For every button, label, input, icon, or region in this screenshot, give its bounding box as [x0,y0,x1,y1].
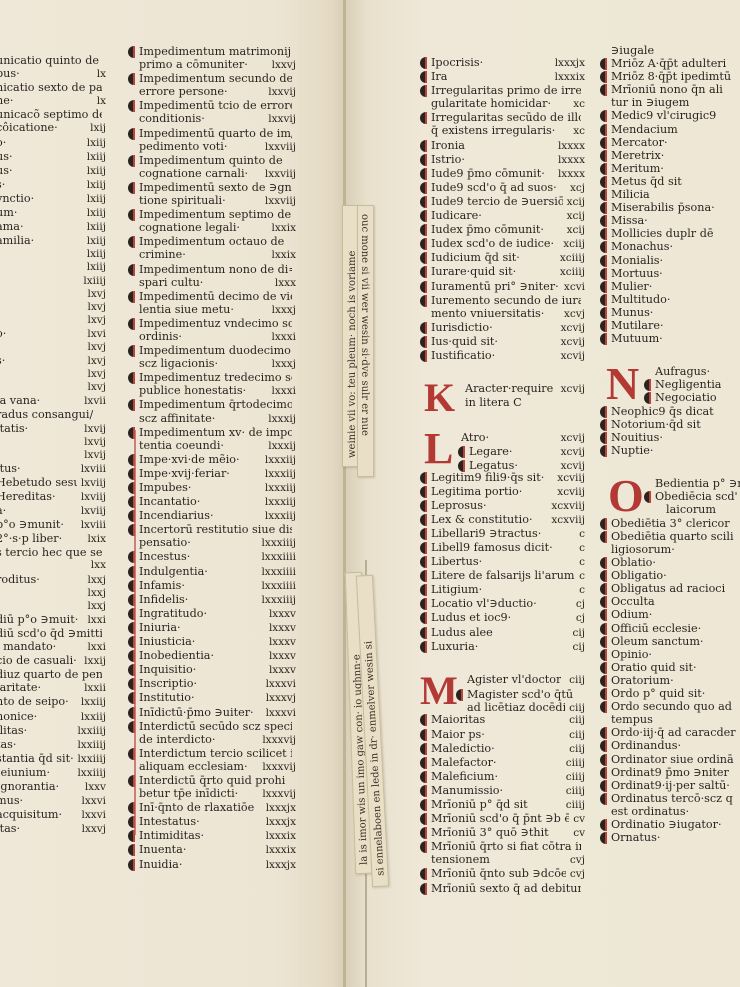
pilcrow-icon [420,757,429,769]
index-entry: Inī·q̄nto de rlaxatiōelxxxjx [128,801,296,815]
folio-number: lxxiij [77,696,106,709]
entry-term: publice honestatis· [139,384,246,397]
entry-term: Impubes· [139,481,191,494]
entry-term: nonice· [0,710,37,723]
entry-term: Incantatio· [139,495,200,508]
entry-term: Ordinatus tercō·scz q [611,792,733,805]
index-entry: cio de casuali·lxxij [0,654,106,668]
entry-term: Notorium·q̄d sit [611,418,701,431]
index-entry: lxiij [0,261,106,274]
index-entry: Iude9 p̄mo cōmunit·lxxxx [420,167,585,181]
entry-term: Missa· [611,214,648,227]
pilcrow-icon [128,622,137,634]
folio-number: ciiij [562,757,585,770]
section-n: NAufragus·NegligentiaNegociatio [600,365,740,405]
entry-term: Impedimentum matrimonij [139,45,291,58]
index-entry: Maleficium·ciiij [420,770,585,784]
index-entry: Nuptie· [600,444,740,457]
pilcrow-icon [420,224,429,236]
pilcrow-icon [128,748,137,760]
folio-number: lxvj [84,288,106,301]
entry-term: Iudex p̄mo cōmunit· [431,223,544,236]
index-entry: Mriōz A·q̄p̄t adulteri [600,57,740,70]
entry-term: Intestatus· [139,815,200,828]
pilcrow-icon [644,392,653,404]
index-entry: lxvj [0,341,106,354]
pilcrow-icon [128,664,137,676]
folio-number: lxxxiij [261,482,296,495]
entry-term: Interdictū secūdo scz specialit [139,720,292,733]
index-entry: Maior ps·ciij [420,728,585,742]
pilcrow-icon [128,73,137,85]
index-entry: Mrīoniū q̄rto si fiat cōtra in [420,840,585,853]
pilcrow-icon [420,112,429,124]
pilcrow-icon [600,241,609,253]
index-entry: Irregularitas primo de irre= [420,84,585,97]
pilcrow-icon [420,336,429,348]
folio-number: cv [569,827,585,840]
index-entry: Inscriptio·lxxxvi [128,677,296,691]
pilcrow-icon [600,649,609,661]
pilcrow-icon [600,268,609,280]
index-entry: publice honestatis·lxxxi [128,384,296,398]
entry-term: Negligentia [655,378,721,391]
index-entry: vnctio·lxiij [0,192,106,206]
entry-term: Incestus· [139,550,190,563]
folio-number: lxvj [84,314,106,327]
index-entry: primo a cōmuniter·lxxvj [128,58,296,72]
pilcrow-icon [420,196,429,208]
index-entry: o·lxvi [0,327,106,341]
entry-term: Iudex scd'o de iudice· [431,237,554,250]
folio-number: lxxviij [261,168,296,181]
entry-term: mus· [0,794,23,807]
folio-number: lxvj [84,341,106,354]
index-entry: lxvj [0,301,106,314]
index-entry: ilitas·lxxiiij [0,724,106,738]
pilcrow-icon [420,238,429,250]
entry-term: Interdictum tercio scilicet in [139,747,292,760]
index-entry: Leprosus·xcxviij [420,499,585,513]
folio-number: lxxxiiii [257,580,296,593]
index-entry: Incestus·lxxxiiii [128,550,296,564]
entry-term: Mulier· [611,280,652,293]
entry-term: Ornatus· [611,831,660,844]
pilcrow-icon [420,570,429,582]
entry-term: mento vniuersitatis· [431,307,544,320]
entry-term: Occulta [611,595,655,608]
folio-number: lxxj [84,587,106,600]
entry-term: Officiū ecclesie· [611,622,701,635]
right-column-c: Ipocrisis·lxxxjxIralxxxixIrregularitas p… [420,56,585,895]
index-entry: gularitate homicidar·xc [420,97,585,111]
index-entry: amilia·lxiij [0,234,106,248]
entry-term: Impedimentum septimo de [139,208,291,221]
pilcrow-icon [128,830,137,842]
entry-term: Ordo secundo quo ad [611,700,732,713]
index-entry: Ordo p° quid sit· [600,687,740,700]
pilcrow-icon [420,252,429,264]
index-entry: laritate·lxxii [0,681,106,695]
index-entry: roditus·lxxj [0,573,106,587]
index-entry: Iudex scd'o de iudice·xciij [420,237,585,251]
entry-term: Maledictio· [431,742,495,755]
pilcrow-icon [420,266,429,278]
section-k: KAracter·requirexcvijin litera C [420,380,585,420]
folio-number: ciiij [562,799,585,812]
entry-term: tione spirituali· [139,194,226,207]
entry-term: Impedimentum xv· de impo/ [139,426,292,439]
index-entry: côicatione·lxij [0,121,106,135]
entry-term: l mandato· [0,640,56,653]
index-entry: Legitima portio·xcviij [420,485,585,499]
index-entry: Mrīoniū q̄nto sub ∋dcōecvj [420,867,585,881]
folio-number: c [575,528,585,541]
folio-number: lxxxiiij [258,537,296,550]
pilcrow-icon [128,510,137,522]
folio-number: lxxxij [264,413,296,426]
folio-number: c [575,542,585,555]
pilcrow-icon [600,727,609,739]
pilcrow-icon [128,482,137,494]
index-entry: diū p°o ∋muit·lxxi [0,613,106,627]
index-entry: Metus q̄d sit [600,175,740,188]
index-entry: Mercator· [600,136,740,149]
index-entry: Impedimentuz tredecimo scz [128,371,296,384]
entry-term: est ordinatus· [611,805,689,818]
index-entry: Libertus·c [420,555,585,569]
folio-number: xcvij [557,432,585,445]
index-entry: Iudicium q̄d sit·xciiij [420,251,585,265]
pilcrow-icon [128,692,137,704]
index-entry: Oblatio· [600,556,740,569]
folio-number: lxiij [83,193,106,206]
pilcrow-icon [600,124,609,136]
pilcrow-icon [128,182,137,194]
index-entry: nicatio sexto de par [0,81,106,94]
folio-number: xcvi [560,281,585,294]
folio-number: lxxviij [261,141,296,154]
entry-term: Iniuria· [139,621,181,634]
index-entry: aliquam ecclesiam·lxxxvij [128,760,296,774]
folio-number: lxiij [83,165,106,178]
pilcrow-icon [420,472,429,484]
entry-term: Bedientia p° ∋m̄ [655,477,740,490]
pilcrow-icon [128,128,137,140]
index-entry: Negociatio [644,391,740,404]
entry-term: nto de seipo· [0,695,69,708]
index-entry: spari cultu·lxxx [128,276,296,290]
pilcrow-icon [600,570,609,582]
index-entry: mus·lxxvi [0,794,106,808]
index-entry: Impedimentū sexto de ∋gna/ [128,181,296,194]
folio-number: xcj [566,182,585,195]
entry-term: Litere de falsarijs li'arum· [431,569,575,582]
index-entry: Munus· [600,306,740,319]
entry-term: Oblatio· [611,556,656,569]
index-entry: mento vniuersitatis·xcvj [420,307,585,321]
entry-term: Ironia [431,139,465,152]
left-column-a: unicatio quinto debus·lxnicatio sexto de… [0,54,106,836]
pilcrow-icon [128,816,137,828]
entry-term: Odium· [611,608,652,621]
index-entry: lxiiij [0,275,106,288]
pilcrow-icon [420,743,429,755]
entry-term: us· [0,164,13,177]
entry-term: Inuidia· [139,858,182,871]
folio-number: lxxxiiii [257,566,296,579]
index-entry: Irregularitas secūdo de illo [420,111,585,124]
index-entry: Inobedientia·lxxxv [128,649,296,663]
folio-number: lxvj [84,368,106,381]
entry-term: ama· [0,220,24,233]
index-entry: Lex & constitutio·xcxviij [420,513,585,527]
index-entry: Obediētia quarto scili [600,530,740,543]
entry-term: ilitas· [0,724,27,737]
folio-number: lxxvj [268,59,296,72]
index-entry: Iuramentū pri° ∋niter·xcvi [420,280,585,294]
pilcrow-icon [420,514,429,526]
entry-term: Luxuria· [431,640,478,653]
folio-number: cj [572,598,585,611]
folio-number: xcvij [557,350,585,363]
entry-term: Obligatus ad racioci [611,582,725,595]
folio-number: lxxxx [554,140,585,153]
entry-term: laritate· [0,681,41,694]
index-entry: lxxj [0,587,106,600]
folio-number: xcviij [553,486,585,499]
entry-term: Impedimentū quarto de im/ [139,127,292,140]
pilcrow-icon [458,446,467,458]
index-entry: a·lxviij [0,504,106,518]
entry-term: Inuenta· [139,843,186,856]
pilcrow-icon [128,372,137,384]
entry-term: Mutilare· [611,319,664,332]
entry-term: tentia coeundi· [139,439,224,452]
index-entry: Aracter·requirexcvij [454,382,585,396]
entry-term: s tercio hec que se/ [0,546,102,559]
pilcrow-icon [128,291,137,303]
pilcrow-icon [600,281,609,293]
index-entry: Agister vl'doctorciij [456,673,585,687]
pilcrow-icon [420,154,429,166]
index-entry: Ludus et ioc9·cj [420,611,585,625]
folio-number: lxxxi [268,331,296,344]
folio-number: lxxxiij [261,496,296,509]
index-entry: Mendacium [600,123,740,136]
entry-term: Impedimentum nono de di= [139,263,292,276]
index-entry: acquisitum·lxxvi [0,808,106,822]
folio-number: ciij [565,729,585,742]
pilcrow-icon [420,500,429,512]
binding-strip-upper-2: ouc mone si vii wer wesin si·dve sulr er… [357,205,374,477]
folio-number: lxxxix [551,71,585,84]
folio-number: lxiij [83,235,106,248]
index-entry: est ordinatus· [600,805,740,818]
index-entry: Ornatus· [600,831,740,844]
pilcrow-icon [420,556,429,568]
entry-term: tempus [611,713,653,726]
pilcrow-icon [420,813,429,825]
index-entry: lxvj [0,288,106,301]
index-entry: Impedimentum secundo de [128,72,296,85]
index-entry: Impubes·lxxxiij [128,481,296,495]
folio-number: c [575,570,585,583]
pilcrow-icon [128,650,137,662]
pilcrow-icon [420,486,429,498]
index-entry: Opinio· [600,648,740,661]
pilcrow-icon [128,859,137,871]
index-entry: Oratio quid sit· [600,661,740,674]
folio-number: lxxix [268,222,296,235]
index-entry: pensatio·lxxxiiij [128,536,296,550]
index-entry: crimine·lxxix [128,248,296,262]
index-entry: Ius·quid sit·xcvij [420,335,585,349]
entry-term: Libertus· [431,555,482,568]
index-entry: Iuremento secundo de iura= [420,294,585,307]
pilcrow-icon [420,322,429,334]
entry-term: Maioritas [431,713,485,726]
entry-term: Iude9 tercio de ∋uersiōe· [431,195,563,208]
index-entry: Miserabilis p̄sona· [600,201,740,214]
index-entry: Mortuus· [600,267,740,280]
index-entry: Oratorium· [600,674,740,687]
entry-term: errore persone· [139,85,228,98]
index-entry: Ordinator siue ordinā [600,753,740,766]
pilcrow-icon [128,678,137,690]
index-entry: Neophic9 q̄s dicat [600,405,740,418]
index-entry: itatis·lxvij [0,422,106,436]
pilcrow-icon [600,557,609,569]
folio-number: lxxxx [554,168,585,181]
pilcrow-icon [128,46,137,58]
folio-number: lxxxvi [262,678,296,691]
pilcrow-icon [128,707,137,719]
pilcrow-icon [128,721,137,733]
folio-number: lxxxvij [258,788,296,801]
entry-term: nicatio sexto de par [0,81,102,94]
pilcrow-icon [600,137,609,149]
entry-term: scz ligacionis· [139,357,218,370]
index-entry: Impe·xvi·de mẽio·lxxxiij [128,453,296,467]
index-entry: Mollicies duplr dē [600,227,740,240]
entry-term: Mercator· [611,136,668,149]
entry-term: vnctio· [0,192,34,205]
entry-term: Inī·q̄nto de rlaxatiōe [139,801,254,814]
index-entry: laicorum [644,503,740,516]
entry-term: acquisitum· [0,808,62,821]
folio-number: xcviij [553,472,585,485]
entry-term: Obediētia quarto scili [611,530,734,543]
index-entry: Manumissio·ciiij [420,784,585,798]
folio-number: lxiij [83,179,106,192]
entry-term: cognatione legali· [139,221,240,234]
entry-term: Interdictū q̄rto quid prohi [139,774,285,787]
entry-term: itas· [0,822,20,835]
pilcrow-icon [600,215,609,227]
index-entry: tentia coeundi·lxxxij [128,439,296,453]
index-entry: Ordinatio ∋iugator· [600,818,740,831]
entry-term: Hebetudo sesus [0,476,77,489]
entry-term: Medic9 vl'cirugic9 [611,109,716,122]
pilcrow-icon [644,491,653,503]
folio-number: lxxxiiij [258,594,296,607]
pilcrow-icon [128,551,137,563]
entry-term: primo a cōmuniter· [139,58,248,71]
index-entry: Mrīoniū sexto q̄ ad debitum [420,882,585,895]
entry-term: Meritum· [611,162,664,175]
entry-term: Lex & constitutio· [431,513,533,526]
pilcrow-icon [128,608,137,620]
folio-number: lxviij [77,477,106,490]
index-entry: Impedimentum nono de di= [128,263,296,276]
rubric-line [134,430,136,835]
folio-number: lxxxiij [261,454,296,467]
folio-number: lxxvi [78,809,107,822]
entry-term: ∋iugale [611,44,654,57]
folio-number: lxvii [80,395,106,408]
folio-number: lxxxvij [258,761,296,774]
index-entry: Maioritasciij [420,713,585,727]
index-entry: Mrīoniū nono q̄n ali [600,83,740,96]
folio-number: lxxxjx [551,57,585,70]
pilcrow-icon [128,209,137,221]
index-entry: Aufragus· [644,365,740,378]
entry-term: Leprosus· [431,499,487,512]
entry-term: Ira [431,70,447,83]
section-m: MAgister vl'doctorciijMagister scd'o q̄t… [420,673,585,713]
pilcrow-icon [600,623,609,635]
entry-term: Inquisitio· [139,663,196,676]
entry-term: Incertorū restitutio siue dis/ [139,523,292,536]
pilcrow-icon [128,580,137,592]
index-entry: lxvj [0,314,106,327]
pilcrow-icon [420,210,429,222]
entry-term: Istrio· [431,153,465,166]
index-entry: Infamis·lxxxiiii [128,579,296,593]
entry-term: Obediēcia scd' [655,490,738,503]
folio-number: cij [569,627,586,640]
decorated-initial-m: M [420,671,458,711]
index-entry: Ordinatus tercō·scz q [600,792,740,805]
index-entry: ia vana·lxvii [0,394,106,408]
entry-term: Iuramentū pri° ∋niter· [431,280,559,293]
index-entry: Impedimentū tcio de errore [128,99,296,112]
entry-term: Mrīoniū p° q̄d sit [431,798,528,811]
folio-number: lxxxvij [258,734,296,747]
folio-number: lxiij [83,261,106,274]
folio-number: lxxj [84,600,106,613]
entry-term: Impedimentum q̄rtodecimo [139,398,292,411]
index-entry: Impedimentū quarto de im/ [128,127,296,140]
index-entry: Mulier· [600,280,740,293]
index-entry: cognatione legali·lxxix [128,221,296,235]
index-entry: Meritum· [600,162,740,175]
entry-term: laicorum [666,503,716,516]
entry-term: Infamis· [139,579,185,592]
folio-number: lx [93,68,106,81]
folio-number: lxxxjx [262,859,296,872]
pilcrow-icon [420,528,429,540]
index-entry: diuz quarto de pena [0,668,106,681]
entry-term: s· [0,354,5,367]
entry-term: Ordinat9·ij·per saltū· [611,779,730,792]
entry-term: aliquam ecclesiam· [139,760,248,773]
folio-number: xcxviij [547,500,585,513]
entry-term: Iuremento secundo de iura= [431,294,581,307]
folio-number: cj [572,612,585,625]
entry-term: Impe·xvi·de mẽio· [139,453,240,466]
